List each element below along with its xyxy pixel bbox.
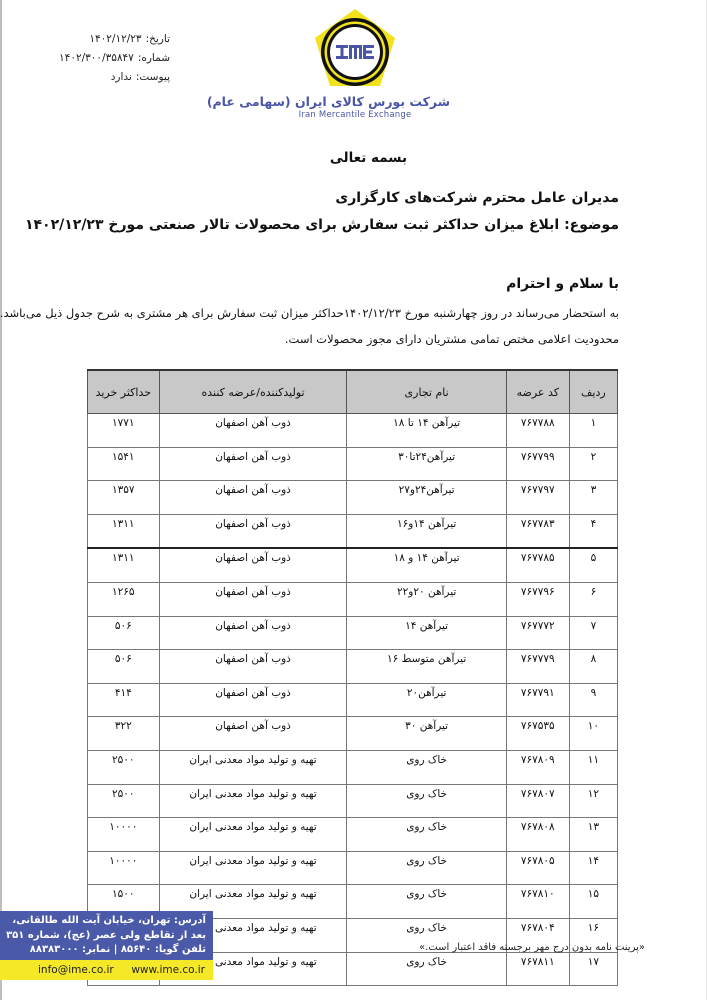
table-row: ۶۷۶۷۷۹۶تیرآهن ۲۰و۲۲ذوب آهن اصفهان۱۲۶۵ [88,582,618,616]
cell-max-purchase: ۱۳۵۷ [88,481,160,515]
cell-producer: ذوب آهن اصفهان [159,717,347,751]
subject: موضوع: ابلاغ میزان حداکثر ثبت سفارش برای… [25,217,619,233]
letter-body: به استحضار می‌رساند در روز چهارشنبه مورخ… [19,300,619,352]
cell-max-purchase: ۱۲۶۵ [88,582,160,616]
cell-producer: ذوب آهن اصفهان [159,616,347,650]
website-link[interactable]: www.ime.co.ir [131,964,205,976]
cell-offer-code: ۷۶۷۸۰۸ [506,818,569,852]
body-line-1: به استحضار می‌رساند در روز چهارشنبه مورخ… [19,300,619,326]
meta-date: تاریخ: ۱۴۰۲/۱۲/۲۳ [60,30,170,49]
table-row: ۸۷۶۷۷۷۹تیرآهن متوسط ۱۶ذوب آهن اصفهان۵۰۶ [88,650,618,684]
cell-offer-code: ۷۶۷۸۱۰ [506,885,569,919]
cell-offer-code: ۷۶۷۷۸۸ [506,414,569,448]
letter-meta: تاریخ: ۱۴۰۲/۱۲/۲۳ شماره: ۱۴۰۲/۳۰۰/۳۵۸۴۷ … [60,30,170,87]
cell-producer: ذوب آهن اصفهان [159,447,347,481]
cell-trade-name: تیرآهن متوسط ۱۶ [347,650,506,684]
cell-producer: ذوب آهن اصفهان [159,650,347,684]
cell-row-number: ۱۱ [569,750,617,784]
header-trade-name: نام تجاری [347,370,506,414]
cell-offer-code: ۷۶۷۵۳۵ [506,717,569,751]
table-row: ۱۱۷۶۷۸۰۹خاک رویتهیه و تولید مواد معدنی ا… [88,750,618,784]
cell-row-number: ۸ [569,650,617,684]
cell-offer-code: ۷۶۷۸۰۵ [506,851,569,885]
cell-trade-name: خاک روی [347,885,506,919]
meta-attachment: پیوست: ندارد [60,68,170,87]
cell-offer-code: ۷۶۷۷۷۲ [506,616,569,650]
cell-row-number: ۱ [569,414,617,448]
cell-trade-name: تیرآهن ۳۰ [347,717,506,751]
cell-trade-name: تیرآهن ۲۰و۲۲ [347,582,506,616]
cell-offer-code: ۷۶۷۷۷۹ [506,650,569,684]
table-header-row: ردیف کد عرضه نام تجاری تولیدکننده/عرضه ک… [88,370,618,414]
address-line-2: بعد از تقاطع ولی عصر (عج)، شماره ۳۵۱ [4,929,206,944]
cell-row-number: ۱۴ [569,851,617,885]
cell-producer: ذوب آهن اصفهان [159,414,347,448]
address-line-1: آدرس: تهران، خیابان آیت الله طالقانی، [4,914,206,929]
order-limits-table: ردیف کد عرضه نام تجاری تولیدکننده/عرضه ک… [87,369,618,986]
cell-max-purchase: ۱۳۱۱ [88,514,160,548]
cell-producer: ذوب آهن اصفهان [159,582,347,616]
cell-row-number: ۶ [569,582,617,616]
attachment-label: پیوست: [136,68,170,87]
cell-row-number: ۱۳ [569,818,617,852]
invocation: بسمه تعالی [0,150,707,166]
cell-offer-code: ۷۶۷۸۰۷ [506,784,569,818]
cell-row-number: ۱۵ [569,885,617,919]
table-row: ۷۷۶۷۷۷۲تیرآهن ۱۴ذوب آهن اصفهان۵۰۶ [88,616,618,650]
table-row: ۱۲۷۶۷۸۰۷خاک رویتهیه و تولید مواد معدنی ا… [88,784,618,818]
cell-producer: ذوب آهن اصفهان [159,548,347,582]
cell-max-purchase: ۲۵۰۰ [88,784,160,818]
cell-row-number: ۱۲ [569,784,617,818]
validity-footnote: «پرینت نامه بدون درج مهر برجسته فاقد اعت… [419,942,645,953]
cell-offer-code: ۷۶۷۷۹۷ [506,481,569,515]
cell-offer-code: ۷۶۷۷۸۵ [506,548,569,582]
cell-producer: ذوب آهن اصفهان [159,481,347,515]
cell-row-number: ۳ [569,481,617,515]
header-max-purchase: حداکثر خرید [88,370,160,414]
table-row: ۹۷۶۷۷۹۱تیرآهن۲۰ذوب آهن اصفهان۴۱۴ [88,683,618,717]
cell-max-purchase: ۵۰۶ [88,616,160,650]
company-name-en: Iran Mercantile Exchange [260,110,450,120]
greeting: با سلام و احترام [506,276,619,292]
cell-trade-name: تیرآهن ۱۴ و ۱۸ [347,548,506,582]
cell-offer-code: ۷۶۷۸۰۹ [506,750,569,784]
header-row-number: ردیف [569,370,617,414]
date-value: ۱۴۰۲/۱۲/۲۳ [89,30,141,49]
cell-max-purchase: ۱۳۱۱ [88,548,160,582]
cell-max-purchase: ۱۵۴۱ [88,447,160,481]
cell-offer-code: ۷۶۷۷۸۳ [506,514,569,548]
cell-row-number: ۴ [569,514,617,548]
cell-max-purchase: ۴۱۴ [88,683,160,717]
cell-row-number: ۵ [569,548,617,582]
cell-row-number: ۹ [569,683,617,717]
date-label: تاریخ: [146,30,170,49]
table-row: ۱۴۷۶۷۸۰۵خاک رویتهیه و تولید مواد معدنی ا… [88,851,618,885]
company-name-fa: شرکت بورس کالای ایران (سهامی عام) [260,94,450,109]
cell-trade-name: تیرآهن۲۰ [347,683,506,717]
email-link[interactable]: info@ime.co.ir [38,964,114,976]
cell-producer: تهیه و تولید مواد معدنی ایران [159,818,347,852]
cell-trade-name: خاک روی [347,750,506,784]
address-line-3: تلفن گویا: ۸۵۶۴۰ | نمابر: ۸۸۳۸۳۰۰۰ [4,943,206,958]
header-offer-code: کد عرضه [506,370,569,414]
recipient: مدیران عامل محترم شرکت‌های کارگزاری [335,190,619,206]
cell-trade-name: تیرآهن۲۴تا۳۰ [347,447,506,481]
cell-trade-name: تیرآهن ۱۴و۱۶ [347,514,506,548]
contact-strip: info@ime.co.ir www.ime.co.ir [0,960,213,980]
cell-producer: تهیه و تولید مواد معدنی ایران [159,784,347,818]
cell-trade-name: خاک روی [347,952,506,986]
table-row: ۱۷۶۷۷۸۸تیرآهن ۱۴ تا ۱۸ذوب آهن اصفهان۱۷۷۱ [88,414,618,448]
cell-offer-code: ۷۶۷۷۹۶ [506,582,569,616]
company-logo: شرکت بورس کالای ایران (سهامی عام) Iran M… [260,6,450,120]
table-row: ۱۳۷۶۷۸۰۸خاک رویتهیه و تولید مواد معدنی ا… [88,818,618,852]
meta-number: شماره: ۱۴۰۲/۳۰۰/۳۵۸۴۷ [60,49,170,68]
cell-trade-name: تیرآهن ۱۴ [347,616,506,650]
table-row: ۵۷۶۷۷۸۵تیرآهن ۱۴ و ۱۸ذوب آهن اصفهان۱۳۱۱ [88,548,618,582]
address-block: آدرس: تهران، خیابان آیت الله طالقانی، بع… [0,911,213,960]
cell-trade-name: تیرآهن ۱۴ تا ۱۸ [347,414,506,448]
table-row: ۱۰۷۶۷۵۳۵تیرآهن ۳۰ذوب آهن اصفهان۳۲۲ [88,717,618,751]
cell-producer: تهیه و تولید مواد معدنی ایران [159,750,347,784]
table-row: ۲۷۶۷۷۹۹تیرآهن۲۴تا۳۰ذوب آهن اصفهان۱۵۴۱ [88,447,618,481]
cell-producer: ذوب آهن اصفهان [159,514,347,548]
footer-address-box: آدرس: تهران، خیابان آیت الله طالقانی، بع… [0,911,213,980]
cell-trade-name: خاک روی [347,784,506,818]
cell-producer: ذوب آهن اصفهان [159,683,347,717]
cell-max-purchase: ۵۰۶ [88,650,160,684]
table-row: ۳۷۶۷۷۹۷تیرآهن۲۴و۲۷ذوب آهن اصفهان۱۳۵۷ [88,481,618,515]
attachment-value: ندارد [111,68,132,87]
cell-max-purchase: ۳۲۲ [88,717,160,751]
cell-row-number: ۷ [569,616,617,650]
cell-max-purchase: ۱۷۷۱ [88,414,160,448]
header-producer: تولیدکننده/عرضه کننده [159,370,347,414]
cell-offer-code: ۷۶۷۷۹۹ [506,447,569,481]
cell-row-number: ۲ [569,447,617,481]
cell-row-number: ۱۷ [569,952,617,986]
cell-max-purchase: ۱۰۰۰۰ [88,818,160,852]
table-row: ۴۷۶۷۷۸۳تیرآهن ۱۴و۱۶ذوب آهن اصفهان۱۳۱۱ [88,514,618,548]
cell-offer-code: ۷۶۷۸۱۱ [506,952,569,986]
body-line-2: محدودیت اعلامی مختص تمامی مشتریان دارای … [19,326,619,352]
ime-emblem-icon [312,6,398,92]
cell-row-number: ۱۰ [569,717,617,751]
cell-producer: تهیه و تولید مواد معدنی ایران [159,851,347,885]
cell-trade-name: تیرآهن۲۴و۲۷ [347,481,506,515]
cell-max-purchase: ۱۰۰۰۰ [88,851,160,885]
number-label: شماره: [138,49,170,68]
cell-trade-name: خاک روی [347,818,506,852]
number-value: ۱۴۰۲/۳۰۰/۳۵۸۴۷ [59,49,134,68]
cell-offer-code: ۷۶۷۷۹۱ [506,683,569,717]
cell-max-purchase: ۲۵۰۰ [88,750,160,784]
cell-trade-name: خاک روی [347,851,506,885]
